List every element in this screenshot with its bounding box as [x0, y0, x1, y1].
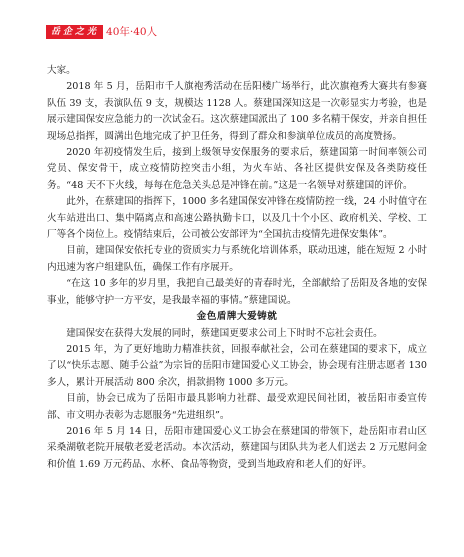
paragraph: “在这 10 多年的岁月里，我把自己最美好的青春时光，全部献给了岳阳及各地的安保… — [47, 276, 427, 309]
column-subtitle: 40年·40人 — [106, 26, 157, 38]
paragraph: 此外，在蔡建国的指挥下，1000 多名建国保安冲锋在疫情防控一线，24 小时值守… — [47, 194, 427, 243]
article-body: 大家。 2018 年 5 月，岳阳市千人旗袍秀活动在岳阳楼广场举行，此次旗袍秀大… — [47, 63, 427, 473]
paragraph: 建国保安在获得大发展的同时，蔡建国更要求公司上下时时不忘社会责任。 — [47, 326, 427, 342]
running-header: 岳企之光 40年·40人 — [46, 25, 157, 39]
section-heading: 金色盾牌大爱铸就 — [47, 309, 427, 325]
paragraph: 2016 年 5 月 14 日，岳阳市建国爱心义工协会在蔡建国的带领下，赴岳阳市… — [47, 424, 427, 473]
paragraph: 大家。 — [47, 63, 427, 79]
paragraph: 2020 年初疫情发生后，接到上级领导安保服务的要求后，蔡建国第一时间率领公司党… — [47, 145, 427, 194]
paragraph: 2018 年 5 月，岳阳市千人旗袍秀活动在岳阳楼广场举行，此次旗袍秀大赛共有参… — [47, 79, 427, 145]
paragraph: 2015 年，为了更好地助力精准扶贫，回报奉献社会，公司在蔡建国的要求下，成立了… — [47, 342, 427, 391]
paragraph: 目前，协会已成为了岳阳市最具影响力社群、最受欢迎民间社团，被岳阳市委宣传部、市文… — [47, 391, 427, 424]
paragraph: 目前，建国保安依托专业的资质实力与系统化培训体系，联动迅速，能在短短 2 小时内… — [47, 243, 427, 276]
column-badge: 岳企之光 — [46, 25, 103, 39]
